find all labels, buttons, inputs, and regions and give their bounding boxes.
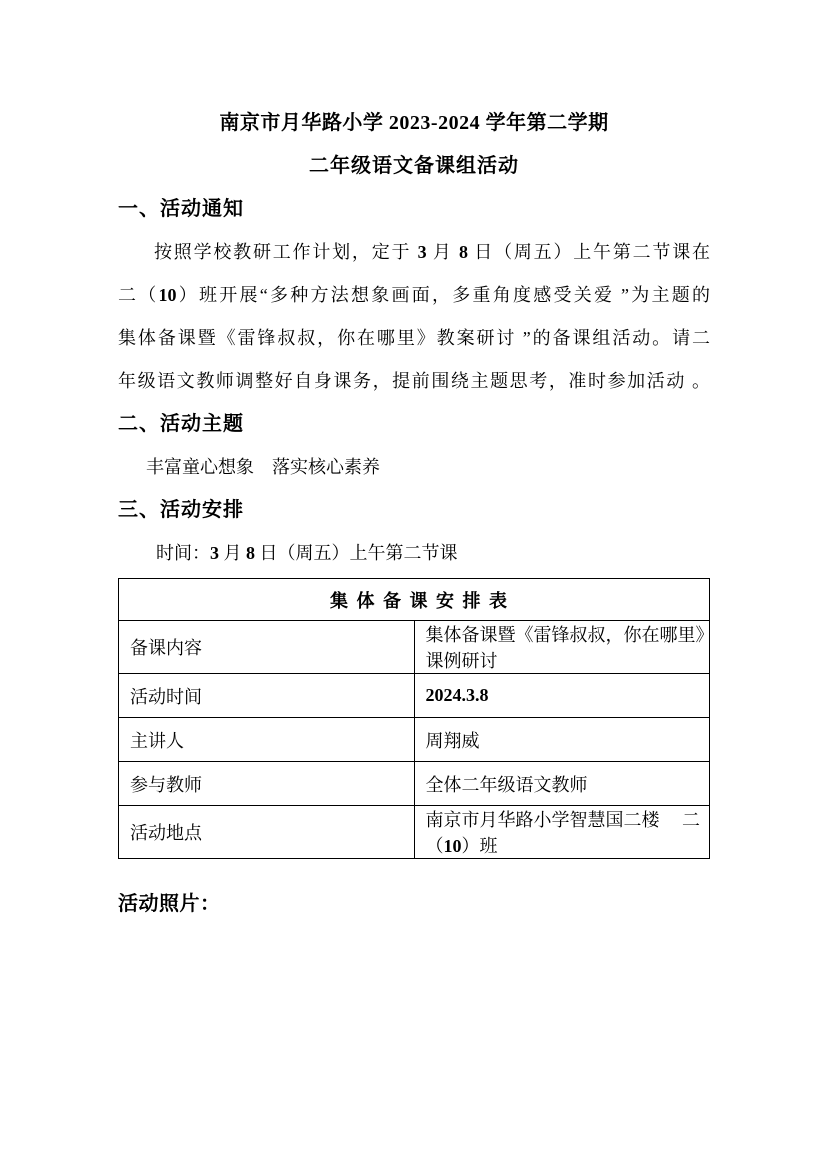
row-value-teachers: 全体二年级语文教师 <box>414 762 710 806</box>
table-row: 备课内容 集体备课暨《雷锋叔叔，你在哪里》课例研讨 <box>119 621 710 674</box>
table-row: 活动地点 南京市月华路小学智慧国二楼 二（10）班 <box>119 806 710 859</box>
doc-subtitle: 二年级语文备课组活动 <box>118 145 710 188</box>
notice-paragraph: 按照学校教研工作计划，定于 3 月 8 日（周五）上午第二节课在二（10）班开展… <box>118 231 710 403</box>
section-heading-schedule: 三、活动安排 <box>118 489 710 532</box>
schedule-table: 集 体 备 课 安 排 表 备课内容 集体备课暨《雷锋叔叔，你在哪里》课例研讨 … <box>118 578 710 859</box>
theme-text: 丰富童心想象 落实核心素养 <box>118 446 710 489</box>
section-heading-theme: 二、活动主题 <box>118 403 710 446</box>
schedule-time: 时间：3 月 8 日（周五）上午第二节课 <box>118 532 710 575</box>
row-value-location: 南京市月华路小学智慧国二楼 二（10）班 <box>414 806 710 859</box>
document-page: 南京市月华路小学 2023-2024 学年第二学期 二年级语文备课组活动 一、活… <box>0 0 827 1170</box>
row-value-speaker: 周翔威 <box>414 718 710 762</box>
photos-label: 活动照片： <box>118 883 710 926</box>
row-value-time: 2024.3.8 <box>414 674 710 718</box>
row-label-time: 活动时间 <box>119 674 415 718</box>
row-label-location: 活动地点 <box>119 806 415 859</box>
table-title: 集 体 备 课 安 排 表 <box>119 579 710 621</box>
table-row: 主讲人 周翔威 <box>119 718 710 762</box>
row-label-content: 备课内容 <box>119 621 415 674</box>
document-content: 南京市月华路小学 2023-2024 学年第二学期 二年级语文备课组活动 一、活… <box>118 102 710 926</box>
table-title-row: 集 体 备 课 安 排 表 <box>119 579 710 621</box>
row-label-teachers: 参与教师 <box>119 762 415 806</box>
table-row: 活动时间 2024.3.8 <box>119 674 710 718</box>
doc-title: 南京市月华路小学 2023-2024 学年第二学期 <box>118 102 710 145</box>
row-value-content: 集体备课暨《雷锋叔叔，你在哪里》课例研讨 <box>414 621 710 674</box>
section-heading-notice: 一、活动通知 <box>118 188 710 231</box>
table-row: 参与教师 全体二年级语文教师 <box>119 762 710 806</box>
row-label-speaker: 主讲人 <box>119 718 415 762</box>
